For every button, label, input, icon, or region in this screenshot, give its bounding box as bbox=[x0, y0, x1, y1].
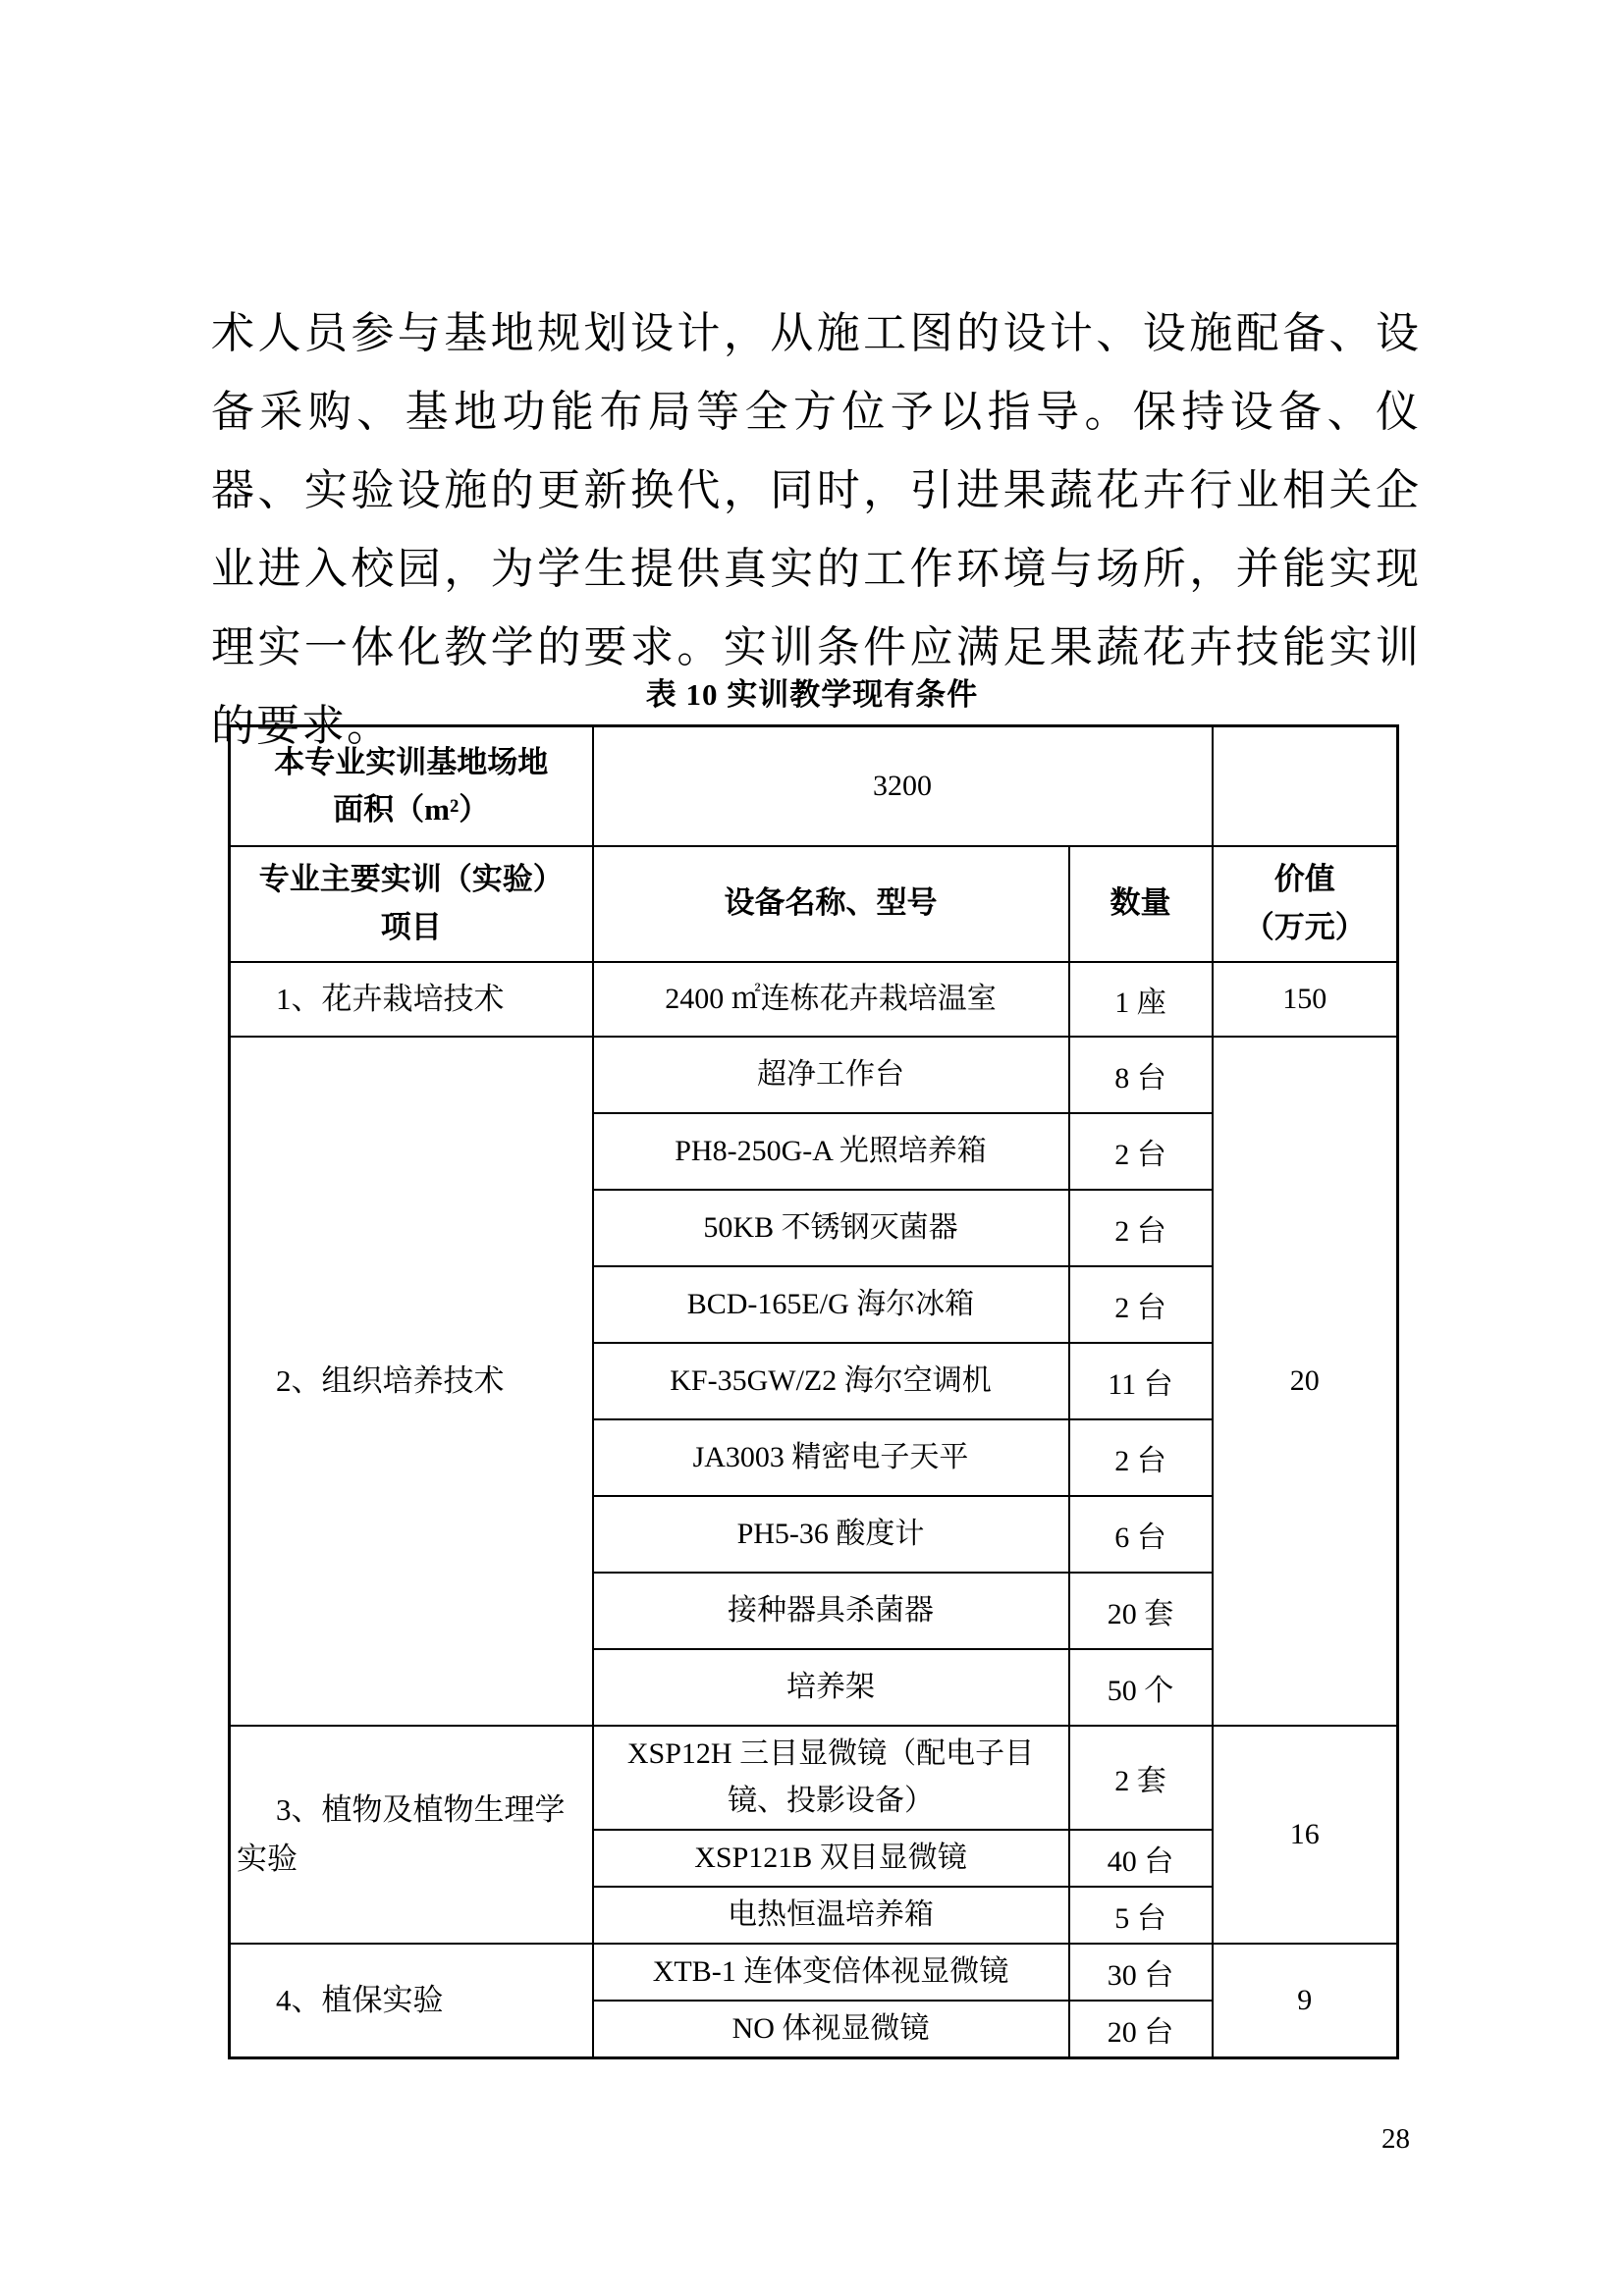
quantity-cell: 20 套 bbox=[1069, 1573, 1213, 1649]
equipment-name-cell: 超净工作台 bbox=[593, 1037, 1069, 1113]
area-label-line1: 本专业实训基地场地 bbox=[237, 739, 586, 786]
project-cell: 2、组织培养技术 bbox=[230, 1037, 593, 1726]
equipment-name-cell: 2400 ㎡连栋花卉栽培温室 bbox=[593, 962, 1069, 1037]
project-cell: 3、植物及植物生理学实验 bbox=[230, 1726, 593, 1944]
equipment-name-cell: 50KB 不锈钢灭菌器 bbox=[593, 1190, 1069, 1266]
quantity-cell: 2 台 bbox=[1069, 1113, 1213, 1190]
header-value-line1: 价值 bbox=[1219, 856, 1391, 903]
value-cell: 150 bbox=[1213, 962, 1398, 1037]
table-row: 2、组织培养技术 超净工作台 8 台 20 bbox=[230, 1037, 1398, 1113]
value-cell: 9 bbox=[1213, 1944, 1398, 2058]
header-quantity-cell: 数量 bbox=[1069, 846, 1213, 962]
equipment-name-cell: PH5-36 酸度计 bbox=[593, 1496, 1069, 1573]
header-value-line2: （万元） bbox=[1219, 904, 1391, 951]
quantity-cell: 2 台 bbox=[1069, 1190, 1213, 1266]
quantity-cell: 8 台 bbox=[1069, 1037, 1213, 1113]
quantity-cell: 30 台 bbox=[1069, 1944, 1213, 2001]
equipment-name-cell: NO 体视显微镜 bbox=[593, 2001, 1069, 2058]
quantity-cell: 2 台 bbox=[1069, 1266, 1213, 1343]
value-cell: 16 bbox=[1213, 1726, 1398, 1944]
equipment-name-cell: XSP121B 双目显微镜 bbox=[593, 1830, 1069, 1887]
equipment-name-cell: JA3003 精密电子天平 bbox=[593, 1419, 1069, 1496]
header-project-line1: 专业主要实训（实验） bbox=[237, 856, 586, 903]
equipment-name-cell: XTB-1 连体变倍体视显微镜 bbox=[593, 1944, 1069, 2001]
area-empty-cell bbox=[1213, 726, 1398, 846]
equipment-name-cell: BCD-165E/G 海尔冰箱 bbox=[593, 1266, 1069, 1343]
table-row: 本专业实训基地场地 面积（m²） 3200 bbox=[230, 726, 1398, 846]
header-project-line2: 项目 bbox=[237, 904, 586, 951]
area-label-cell: 本专业实训基地场地 面积（m²） bbox=[230, 726, 593, 846]
header-value-cell: 价值 （万元） bbox=[1213, 846, 1398, 962]
area-value-cell: 3200 bbox=[593, 726, 1213, 846]
equipment-name-cell: XSP12H 三目显微镜（配电子目镜、投影设备） bbox=[593, 1726, 1069, 1830]
area-label-line2: 面积（m²） bbox=[237, 786, 586, 833]
project-cell: 4、植保实验 bbox=[230, 1944, 593, 2058]
equipment-name-cell: KF-35GW/Z2 海尔空调机 bbox=[593, 1343, 1069, 1419]
quantity-cell: 20 台 bbox=[1069, 2001, 1213, 2058]
quantity-cell: 40 台 bbox=[1069, 1830, 1213, 1887]
quantity-cell: 6 台 bbox=[1069, 1496, 1213, 1573]
table-row: 3、植物及植物生理学实验 XSP12H 三目显微镜（配电子目镜、投影设备） 2 … bbox=[230, 1726, 1398, 1830]
value-cell: 20 bbox=[1213, 1037, 1398, 1726]
quantity-cell: 1 座 bbox=[1069, 962, 1213, 1037]
equipment-name-cell: 培养架 bbox=[593, 1649, 1069, 1726]
quantity-cell: 2 套 bbox=[1069, 1726, 1213, 1830]
training-conditions-table: 本专业实训基地场地 面积（m²） 3200 专业主要实训（实验） 项目 设备名称… bbox=[228, 724, 1399, 2059]
document-page: 术人员参与基地规划设计，从施工图的设计、设施配备、设备采购、基地功能布局等全方位… bbox=[0, 0, 1624, 2296]
header-project-cell: 专业主要实训（实验） 项目 bbox=[230, 846, 593, 962]
page-number: 28 bbox=[1381, 2123, 1410, 2156]
equipment-name-cell: 接种器具杀菌器 bbox=[593, 1573, 1069, 1649]
table-row: 4、植保实验 XTB-1 连体变倍体视显微镜 30 台 9 bbox=[230, 1944, 1398, 2001]
quantity-cell: 11 台 bbox=[1069, 1343, 1213, 1419]
table-caption: 表 10 实训教学现有条件 bbox=[0, 669, 1624, 714]
table-header-row: 专业主要实训（实验） 项目 设备名称、型号 数量 价值 （万元） bbox=[230, 846, 1398, 962]
header-equipment-cell: 设备名称、型号 bbox=[593, 846, 1069, 962]
project-cell: 1、花卉栽培技术 bbox=[230, 962, 593, 1037]
quantity-cell: 5 台 bbox=[1069, 1887, 1213, 1944]
equipment-name-cell: 电热恒温培养箱 bbox=[593, 1887, 1069, 1944]
quantity-cell: 50 个 bbox=[1069, 1649, 1213, 1726]
table-row: 1、花卉栽培技术 2400 ㎡连栋花卉栽培温室 1 座 150 bbox=[230, 962, 1398, 1037]
quantity-cell: 2 台 bbox=[1069, 1419, 1213, 1496]
equipment-name-cell: PH8-250G-A 光照培养箱 bbox=[593, 1113, 1069, 1190]
